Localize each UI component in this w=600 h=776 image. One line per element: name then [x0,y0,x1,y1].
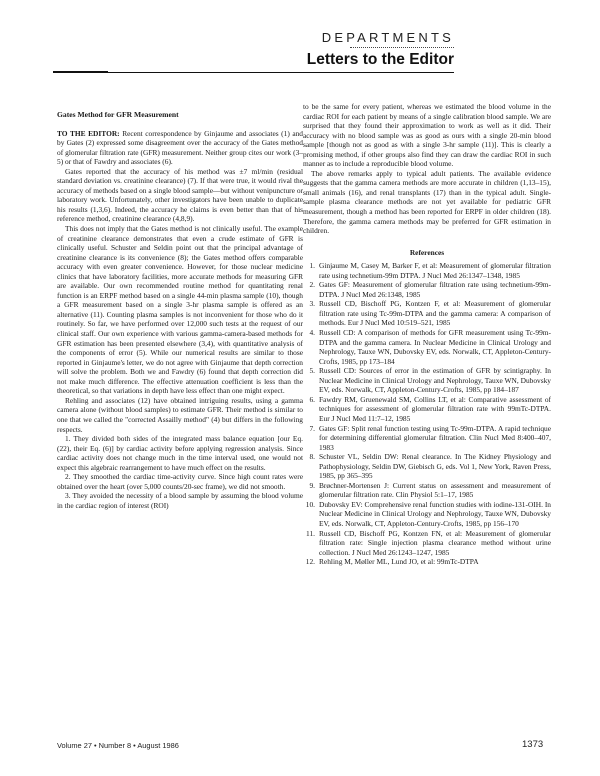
left-column: Gates Method for GFR Measurement TO THE … [57,110,303,510]
letter-title: Gates Method for GFR Measurement [57,110,303,120]
reference-item: 9.Brøchner-Mortensen J: Current status o… [303,481,551,500]
reference-item: 6.Fawdry RM, Gruenewald SM, Collins LT, … [303,395,551,424]
department-dotted-rule [350,47,454,48]
reference-item: 4.Russell CD: A comparison of methods fo… [303,328,551,366]
reference-item: 12.Rehling M, Møller ML, Lund JO, et al:… [303,557,551,567]
paragraph: 3. They avoided the necessity of a blood… [57,491,303,510]
issue-info: Volume 27 • Number 8 • August 1986 [57,741,179,750]
section-title: Letters to the Editor [307,51,454,69]
right-column: to be the same for every patient, wherea… [303,102,551,567]
reference-item: 8.Schuster VL, Seldin DW: Renal clearanc… [303,452,551,481]
letter-salutation: TO THE EDITOR: [57,129,120,138]
page-number: 1373 [522,739,543,750]
references-list: 1.Ginjaume M, Casey M, Barker F, et al: … [303,261,551,567]
paragraph: 2. They smoothed the cardiac time-activi… [57,472,303,491]
reference-item: 10.Dubovsky EV: Comprehensive renal func… [303,500,551,529]
paragraph: This does not imply that the Gates metho… [57,224,303,396]
reference-item: 5.Russell CD: Sources of error in the es… [303,366,551,395]
reference-item: 3.Russell CD, Bischoff PG, Kontzen F, et… [303,299,551,328]
header-rule-accent [53,71,108,73]
paragraph: TO THE EDITOR: Recent correspondence by … [57,129,303,167]
reference-item: 7.Gates GF: Split renal function testing… [303,424,551,453]
paragraph: Rehling and associates (12) have obtaine… [57,396,303,434]
references-heading: References [303,248,551,258]
reference-item: 1.Ginjaume M, Casey M, Barker F, et al: … [303,261,551,280]
header-rule [53,72,454,73]
department-label: DEPARTMENTS [322,30,454,45]
paragraph: 1. They divided both sides of the integr… [57,434,303,472]
reference-item: 2.Gates GF: Measurement of glomerular fi… [303,280,551,299]
paragraph: Gates reported that the accuracy of his … [57,167,303,224]
paragraph: The above remarks apply to typical adult… [303,169,551,236]
journal-page: DEPARTMENTS Letters to the Editor Gates … [0,0,600,776]
reference-item: 11.Russell CD, Bischoff PG, Kontzen FN, … [303,529,551,558]
paragraph-continued: to be the same for every patient, wherea… [303,102,551,169]
